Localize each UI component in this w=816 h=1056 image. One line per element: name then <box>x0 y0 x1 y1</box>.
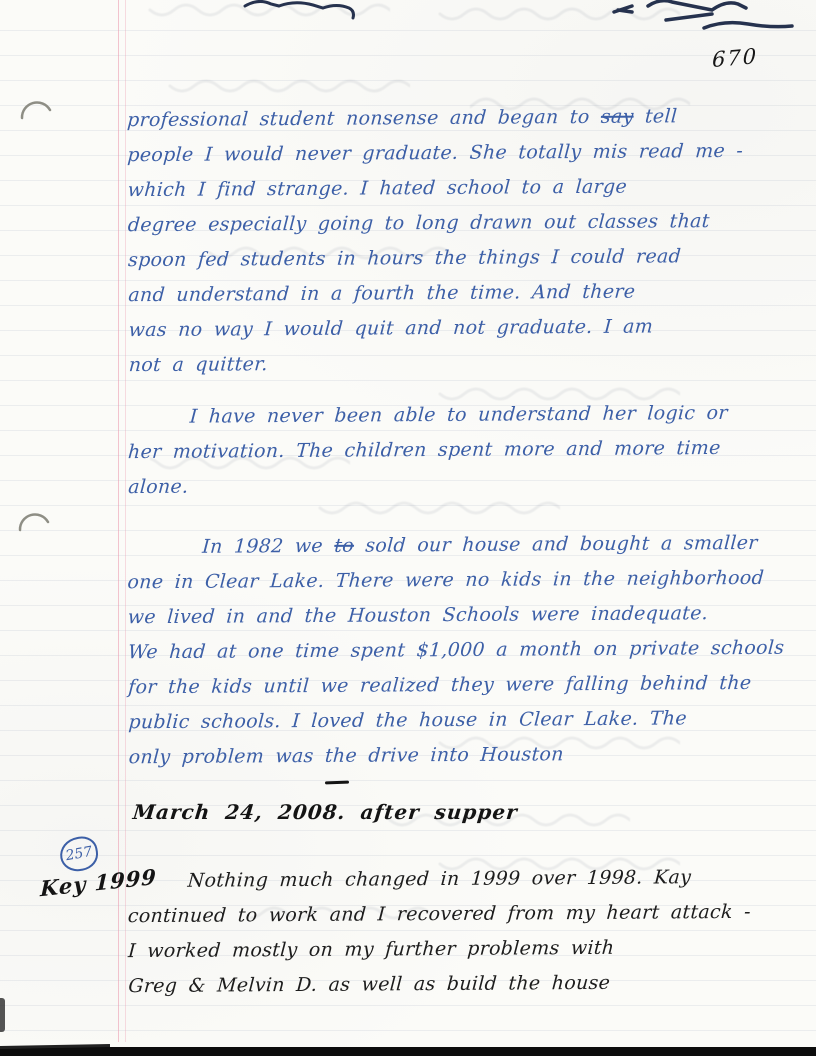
cutoff-script-top-right <box>608 0 803 46</box>
text-line: We had at one time spent $1,000 a month … <box>127 631 786 671</box>
document-page: 670 professional student nonsense and be… <box>0 0 816 1056</box>
paragraph: In 1982 we to sold our house and bought … <box>127 526 785 776</box>
text-line: continued to work and I recovered from m… <box>127 895 752 934</box>
text-line: I have never been able to understand her… <box>127 396 729 435</box>
scan-edge-artifact <box>0 998 5 1032</box>
separator-dash <box>325 781 349 785</box>
date-heading: March 24, 2008. after supper <box>132 800 519 824</box>
text-line: which I find strange. I hated school to … <box>127 169 745 208</box>
text-line: not a quitter. <box>128 344 746 383</box>
text-line: I worked mostly on my further problems w… <box>127 930 752 969</box>
margin-circled-number: 257 <box>57 834 100 874</box>
scan-edge-strip <box>0 1047 816 1056</box>
page-number: 670 <box>712 44 758 72</box>
text-line: professional student nonsense and began … <box>126 99 744 138</box>
text-line: only problem was the drive into Houston <box>128 736 787 776</box>
text-line: one in Clear Lake. There were no kids in… <box>126 561 785 601</box>
paragraph: professional student nonsense and began … <box>127 99 745 383</box>
text-line: her motivation. The children spent more … <box>127 431 729 470</box>
text-line: and understand in a fourth the time. And… <box>127 274 745 313</box>
hole-punch <box>16 502 56 542</box>
cutoff-script-top-left <box>240 0 390 22</box>
text-line: people I would never graduate. She total… <box>126 134 744 173</box>
paragraph: Nothing much changed in 1999 over 1998. … <box>128 860 752 1004</box>
text-line: degree especially going to long drawn ou… <box>127 204 745 243</box>
text-line: spoon fed students in hours the things I… <box>127 239 745 278</box>
text-line: for the kids until we realized they were… <box>127 666 786 706</box>
text-line: Nothing much changed in 1999 over 1998. … <box>127 860 752 899</box>
struck-word: say <box>600 106 634 128</box>
text-line: we lived in and the Houston Schools were… <box>127 596 786 636</box>
bleedthrough-mark <box>160 78 410 94</box>
hole-punch <box>18 92 58 132</box>
struck-word: to <box>334 535 355 557</box>
text-line: Greg & Melvin D. as well as build the ho… <box>127 965 752 1004</box>
text-line: public schools. I loved the house in Cle… <box>127 701 786 741</box>
text-line: In 1982 we to sold our house and bought … <box>126 526 785 566</box>
text-line: alone. <box>127 466 729 505</box>
text-line: was no way I would quit and not graduate… <box>128 309 746 348</box>
paragraph: I have never been able to understand her… <box>128 396 729 505</box>
